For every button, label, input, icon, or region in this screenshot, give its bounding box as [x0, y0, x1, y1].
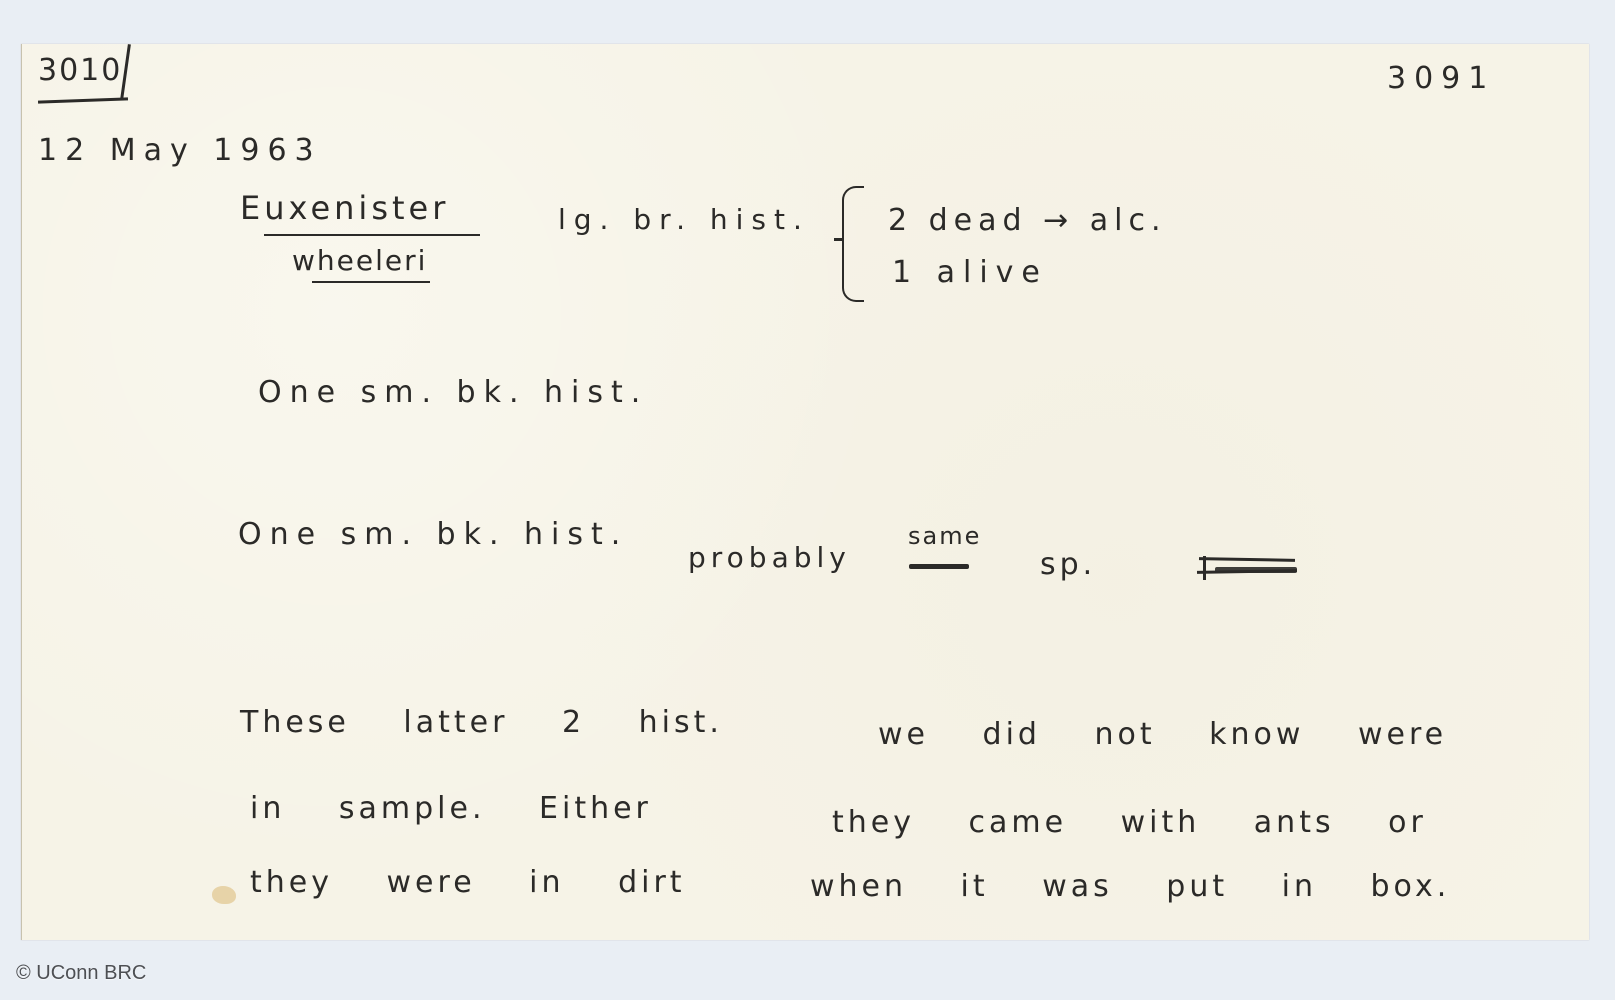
struck-word-under-insert — [909, 564, 969, 569]
index-card: 3010 3091 12 May 1963 Euxenister wheeler… — [21, 44, 1589, 940]
paragraph-line-2-cont: they came with ants or — [832, 808, 1427, 838]
species-description: lg. br. hist. — [558, 206, 810, 234]
crossed-out-word — [1197, 556, 1297, 580]
species-genus: Euxenister — [240, 192, 449, 224]
card-date: 12 May 1963 — [38, 136, 322, 166]
species-epithet: wheeleri — [292, 247, 427, 275]
note-line-1: One sm. bk. hist. — [258, 378, 648, 408]
card-number-right: 3091 — [1387, 64, 1495, 94]
card-number-underline — [38, 97, 128, 103]
paragraph-line-1-cont: we did not know were — [878, 720, 1447, 750]
card-number-left: 3010 — [38, 56, 122, 86]
copyright-notice: © UConn BRC — [16, 962, 146, 985]
note-alive: 1 alive — [892, 258, 1048, 288]
paragraph-line-3-cont: when it was put in box. — [810, 872, 1450, 902]
paragraph-line-2: in sample. Either — [250, 794, 652, 824]
curly-brace-icon — [842, 186, 864, 302]
epithet-underline — [312, 281, 430, 283]
curly-brace-point — [834, 238, 844, 241]
note-line-2-suffix: sp. — [1040, 550, 1096, 580]
note-line-2: One sm. bk. hist. — [238, 520, 628, 550]
paragraph-line-3: they were in dirt — [250, 868, 686, 898]
inserted-word: same — [908, 524, 981, 548]
note-dead: 2 dead → alc. — [888, 206, 1167, 236]
genus-underline — [264, 234, 480, 236]
note-line-2-qualifier: probably — [688, 544, 851, 572]
paper-stain — [212, 886, 236, 904]
paragraph-line-1: These latter 2 hist. — [240, 708, 723, 738]
